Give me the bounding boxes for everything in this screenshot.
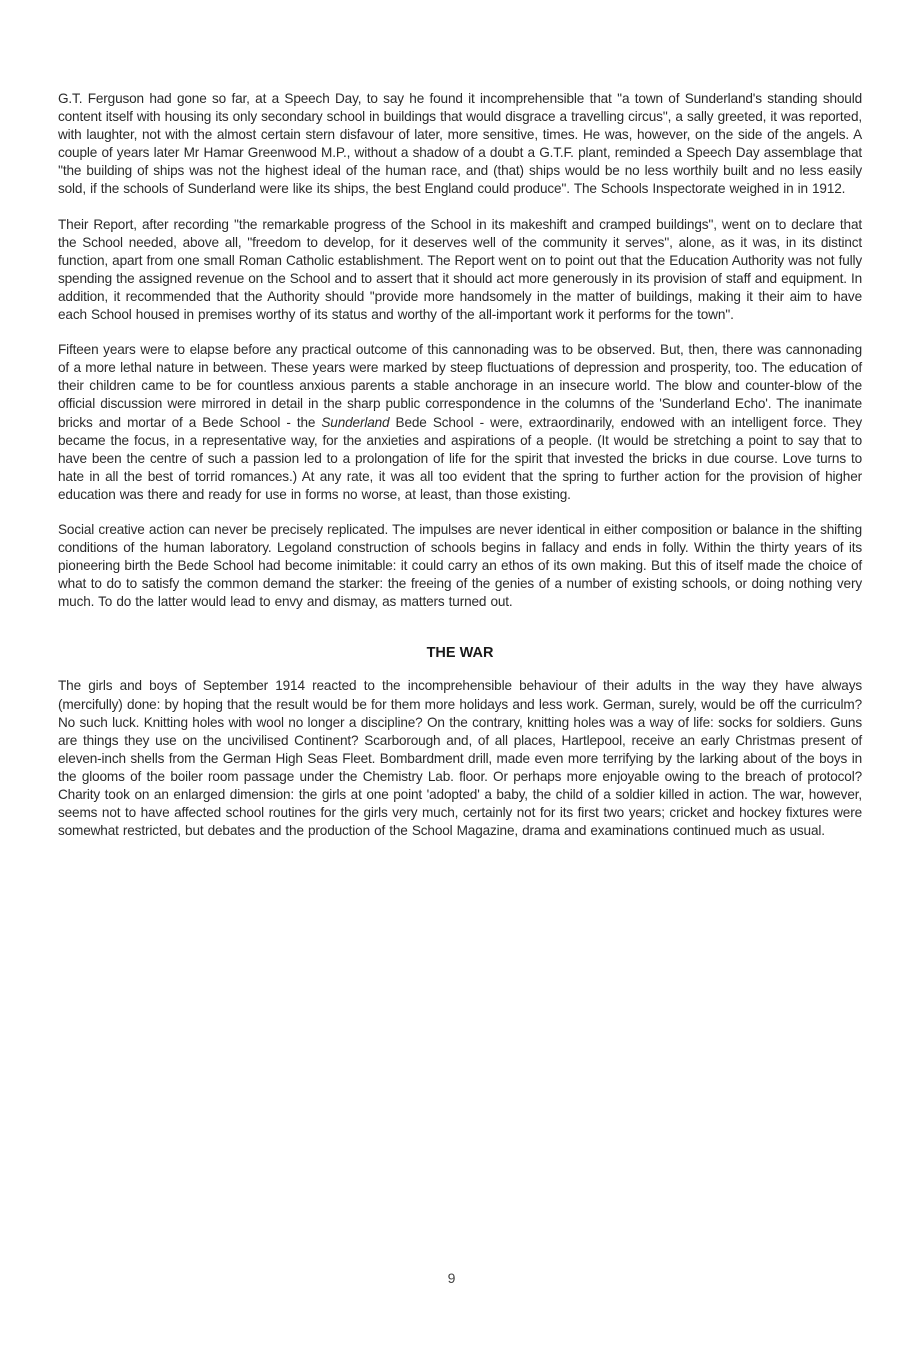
paragraph-september-1914: The girls and boys of September 1914 rea… bbox=[58, 677, 862, 840]
paragraph-social-creative-action: Social creative action can never be prec… bbox=[58, 521, 862, 611]
paragraph-fifteen-years: Fifteen years were to elapse before any … bbox=[58, 341, 862, 504]
italic-sunderland: Sunderland bbox=[321, 415, 389, 430]
paragraph-inspectorate-report: Their Report, after recording ''the rema… bbox=[58, 216, 862, 325]
page-number: 9 bbox=[0, 1270, 903, 1286]
document-page: G.T. Ferguson had gone so far, at a Spee… bbox=[58, 90, 862, 857]
section-heading-the-war: THE WAR bbox=[58, 645, 862, 661]
paragraph-ferguson-speech-day: G.T. Ferguson had gone so far, at a Spee… bbox=[58, 90, 862, 199]
